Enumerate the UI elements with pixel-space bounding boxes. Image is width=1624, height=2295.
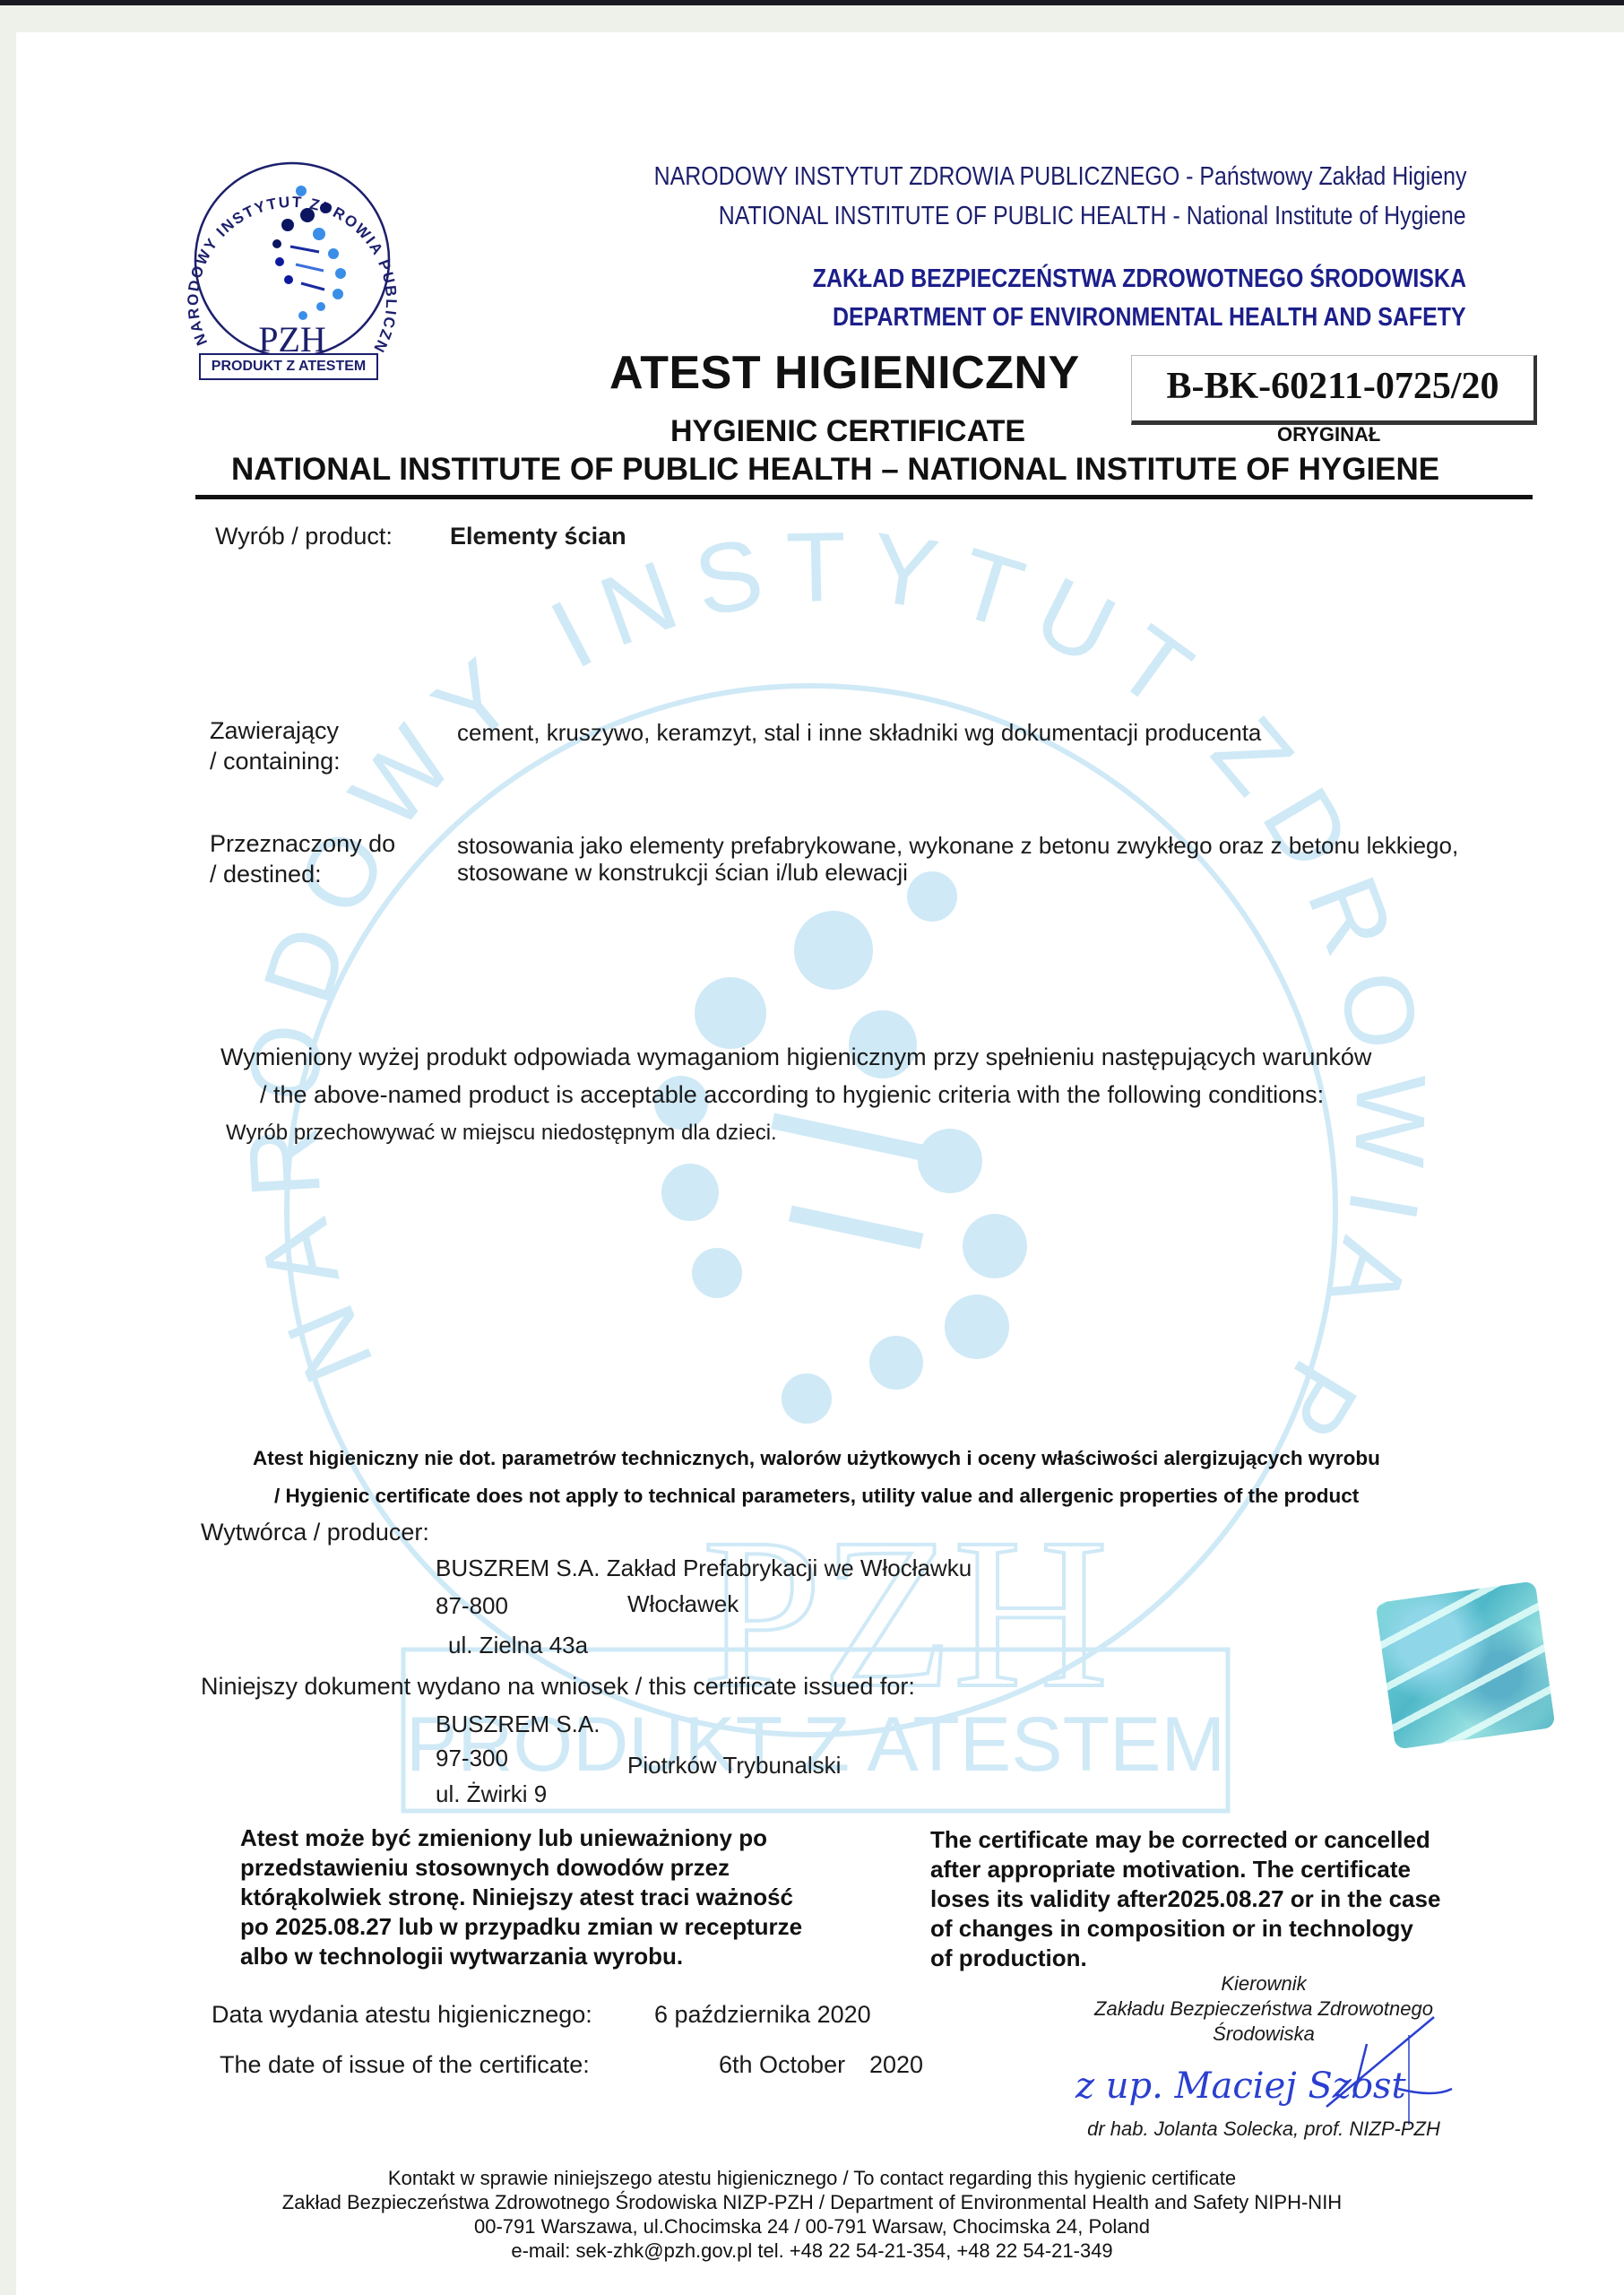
institute-name-pl: NARODOWY INSTYTUT ZDROWIA PUBLICZNEGO - … (653, 162, 1466, 192)
conditions-intro-en: / the above-named product is acceptable … (260, 1081, 1324, 1109)
containing-label-en: / containing: (210, 748, 341, 775)
validity-pl-line: Atest może być zmieniony lub unieważnion… (240, 1823, 885, 1853)
signatory-name: dr hab. Jolanta Solecka, prof. NIZP-PZH (1058, 2117, 1470, 2141)
validity-en-line: of production. (930, 1944, 1504, 1973)
product-label: Wyrób / product: (215, 523, 393, 550)
applicant-postal-code: 97-300 (436, 1745, 508, 1772)
validity-en-line: of changes in composition or in technolo… (930, 1914, 1504, 1944)
scan-top-edge (0, 0, 1624, 5)
disclaimer-pl: Atest higieniczny nie dot. parametrów te… (253, 1447, 1380, 1470)
condition-item: Wyrób przechowywać w miejscu niedostępny… (226, 1121, 777, 1146)
destined-label-en: / destined: (210, 861, 322, 888)
validity-pl-line: po 2025.08.27 lub w przypadku zmian w re… (240, 1912, 885, 1942)
title-divider (195, 495, 1533, 499)
issue-date-year-en: 2020 (869, 2051, 923, 2079)
footer-contact-line1: Kontakt w sprawie niniejszego atestu hig… (0, 2166, 1624, 2190)
handwritten-signature: z up. Maciej Szost (1058, 1999, 1470, 2125)
validity-en: The certificate may be corrected or canc… (930, 1825, 1504, 1973)
conditions-intro-pl: Wymieniony wyżej produkt odpowiada wymag… (220, 1044, 1371, 1071)
applicant-label: Niniejszy dokument wydano na wniosek / t… (201, 1673, 915, 1701)
department-name-en: DEPARTMENT OF ENVIRONMENTAL HEALTH AND S… (833, 303, 1466, 333)
producer-city: Włocławek (627, 1590, 739, 1618)
producer-street: ul. Zielna 43a (448, 1632, 588, 1659)
validity-pl-line: albo w technologii wytwarzania wyrobu. (240, 1942, 885, 1971)
containing-value: cement, kruszywo, keramzyt, stal i inne … (457, 719, 1261, 747)
validity-en-line: after appropriate motivation. The certif… (930, 1855, 1504, 1884)
footer-email-phone: e-mail: sek-zhk@pzh.gov.pl tel. +48 22 5… (0, 2239, 1624, 2263)
footer-address: 00-791 Warszawa, ul.Chocimska 24 / 00-79… (0, 2214, 1624, 2239)
containing-label-pl: Zawierający (210, 717, 339, 745)
issue-date-day-en: 6th October (719, 2051, 845, 2079)
destined-value-line1: stosowania jako elementy prefabrykowane,… (457, 832, 1458, 860)
pzh-logo: NARODOWY INSTYTUT ZDROWIA PUBLICZNEGO PZ… (176, 143, 409, 394)
issue-date-value-pl: 6 października 2020 (654, 2001, 871, 2029)
issue-date-label-pl: Data wydania atestu higienicznego: (212, 2001, 592, 2029)
hologram-sticker (1375, 1581, 1555, 1749)
destined-value-line2: stosowane w konstrukcji ścian i/lub elew… (457, 859, 908, 887)
validity-pl-line: przedstawieniu stosownych dowodów przez (240, 1853, 885, 1883)
certificate-number-box: B-BK-60211-0725/20 (1131, 355, 1537, 425)
department-name-pl: ZAKŁAD BEZPIECZEŃSTWA ZDROWOTNEGO ŚRODOW… (813, 264, 1466, 294)
signatory-title: Kierownik (1058, 1972, 1470, 1996)
validity-en-line: The certificate may be corrected or canc… (930, 1825, 1504, 1855)
disclaimer-en: / Hygienic certificate does not apply to… (274, 1485, 1359, 1508)
validity-pl-line: którąkolwiek stronę. Niniejszy atest tra… (240, 1883, 885, 1912)
institute-name-en: NATIONAL INSTITUTE OF PUBLIC HEALTH - Na… (719, 202, 1466, 231)
certificate-title-en: HYGIENIC CERTIFICATE (670, 414, 1025, 449)
issue-date-label-en: The date of issue of the certificate: (220, 2051, 590, 2079)
logo-badge: PRODUKT Z ATESTEM (199, 353, 378, 380)
validity-pl: Atest może być zmieniony lub unieważnion… (240, 1823, 885, 1971)
institute-banner: NATIONAL INSTITUTE OF PUBLIC HEALTH – NA… (231, 452, 1439, 488)
producer-postal-code: 87-800 (436, 1592, 508, 1620)
product-value: Elementy ścian (450, 523, 626, 550)
destined-label-pl: Przeznaczony do (210, 830, 395, 858)
certificate-title-pl: ATEST HIGIENICZNY (609, 346, 1080, 400)
producer-label: Wytwórca / producer: (201, 1519, 429, 1546)
footer-contact-line2: Zakład Bezpieczeństwa Zdrowotnego Środow… (0, 2190, 1624, 2214)
producer-name: BUSZREM S.A. Zakład Prefabrykacji we Wło… (436, 1555, 972, 1582)
certificate-number: B-BK-60211-0725/20 (1132, 365, 1533, 408)
applicant-street: ul. Żwirki 9 (436, 1780, 547, 1808)
original-label: ORYGINAŁ (1277, 423, 1380, 446)
validity-en-line: loses its validity after2025.08.27 or in… (930, 1884, 1504, 1914)
applicant-city: Piotrków Trybunalski (627, 1752, 841, 1780)
applicant-name: BUSZREM S.A. (436, 1710, 600, 1738)
